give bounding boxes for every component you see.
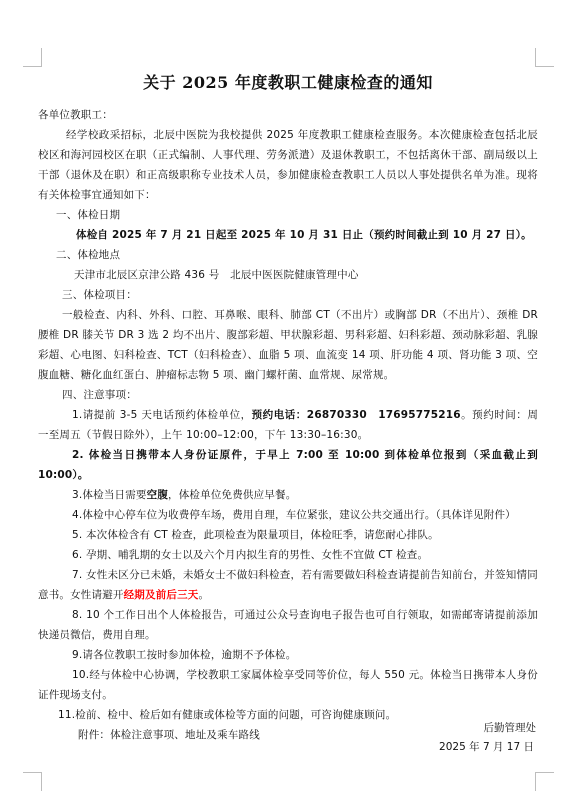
section-heading-date: 一、体检日期 <box>38 205 538 225</box>
note-4: 4.体检中心停车位为收费停车场，费用自理，车位紧张，建议公共交通出行。（具体详见… <box>38 505 538 525</box>
note-3-suffix: ，体检单位免费供应早餐。 <box>168 489 296 501</box>
document-title: 关于 2025 年度教职工健康检查的通知 <box>38 70 538 93</box>
section-heading-notes: 四、注意事项： <box>38 385 538 405</box>
document-page: 关于 2025 年度教职工健康检查的通知 各单位教职工： 经学校政采招标，北辰中… <box>38 66 538 745</box>
section-content-location: 天津市北辰区京津公路 436 号 北辰中医医院健康管理中心 <box>38 265 538 285</box>
note-8: 8. 10 个工作日出个人体检报告，可通过公众号查询电子报告也可自行领取，如需邮… <box>38 605 538 645</box>
note-7-red-warning: 经期及前后三天 <box>124 589 199 601</box>
page-corner-mark-top-right <box>535 48 554 67</box>
note-1-text: 1.请提前 3-5 天电话预约体检单位， <box>72 409 252 421</box>
note-3: 3.体检当日需要空腹，体检单位免费供应早餐。 <box>38 485 538 505</box>
note-11: 11.检前、检中、检后如有健康或体检等方面的问题，可咨询健康顾问。 <box>38 705 538 725</box>
greeting: 各单位教职工： <box>38 105 538 125</box>
note-2: 2. 体检当日携带本人身份证原件，于早上 7:00 至 10:00 到体检单位报… <box>38 445 538 485</box>
signature-date: 2025 年 7 月 17 日 <box>439 737 534 757</box>
note-10: 10.经与体检中心协调，学校教职工家属体检享受同等价位，每人 550 元。体检当… <box>38 665 538 705</box>
note-5: 5. 本次体检含有 CT 检查，此项检查为限量项目，体检旺季，请您耐心排队。 <box>38 525 538 545</box>
note-7-suffix: 。 <box>199 589 210 601</box>
note-7-text: 7. 女性未区分已未婚，未婚女士不做妇科检查，若有需要做妇科检查请提前告知前台，… <box>38 569 538 601</box>
section-heading-location: 二、体检地点 <box>38 245 538 265</box>
signature-department: 后勤管理处 <box>484 718 537 738</box>
page-corner-mark-bottom-right <box>535 772 554 791</box>
page-corner-mark-top-left <box>23 48 42 67</box>
note-7: 7. 女性未区分已未婚，未婚女士不做妇科检查，若有需要做妇科检查请提前告知前台，… <box>38 565 538 605</box>
section-heading-items: 三、体检项目： <box>38 285 538 305</box>
note-6: 6. 孕期、哺乳期的女士以及六个月内拟生育的男性、女性不宜做 CT 检查。 <box>38 545 538 565</box>
page-corner-mark-bottom-left <box>23 772 42 791</box>
section-content-items: 一般检查、内科、外科、口腔、耳鼻喉、眼科、肺部 CT（不出片）或胸部 DR（不出… <box>38 305 538 385</box>
note-1: 1.请提前 3-5 天电话预约体检单位，预约电话：26870330 176957… <box>38 405 538 445</box>
section-content-date: 体检自 2025 年 7 月 21 日起至 2025 年 10 月 31 日止（… <box>38 225 538 245</box>
booking-phone: 预约电话：26870330 17695775216 <box>252 409 461 421</box>
note-3-text: 3.体检当日需要 <box>72 489 147 501</box>
note-9: 9.请各位教职工按时参加体检，逾期不予体检。 <box>38 645 538 665</box>
intro-paragraph: 经学校政采招标，北辰中医院为我校提供 2025 年度教职工健康检查服务。本次健康… <box>38 125 538 205</box>
note-3-fasting: 空腹 <box>147 489 168 501</box>
